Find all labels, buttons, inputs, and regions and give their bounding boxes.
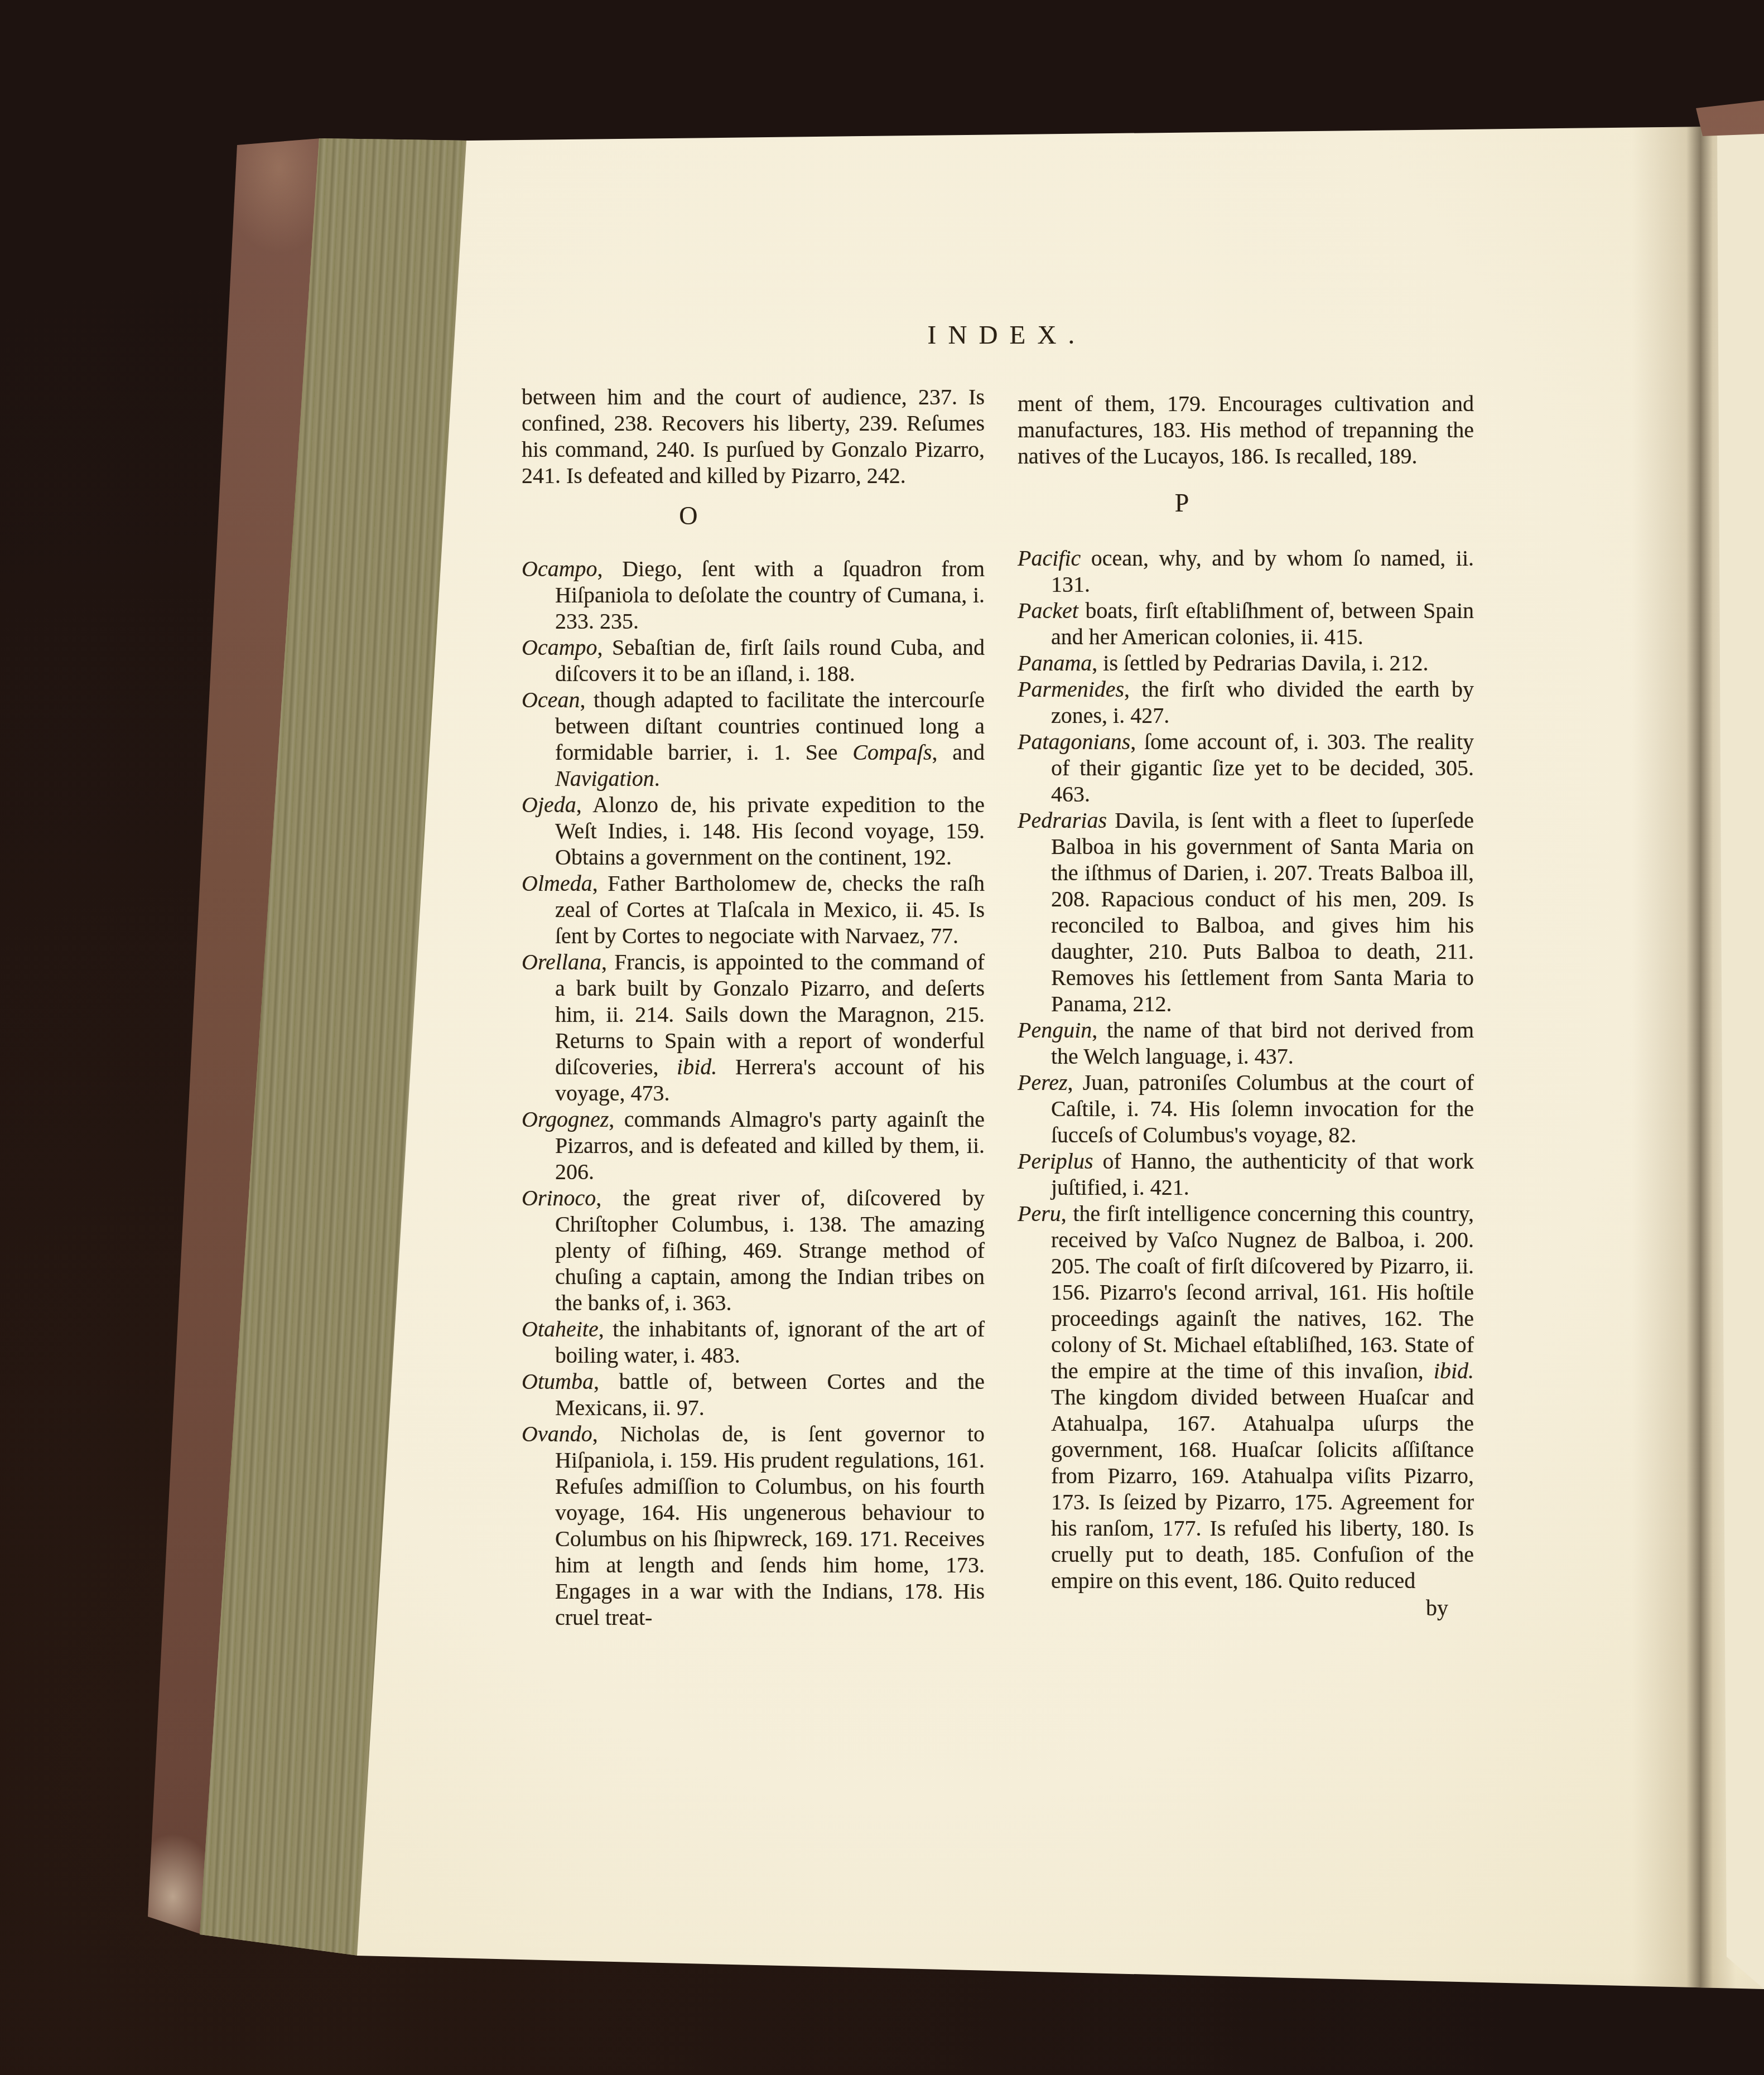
catchword: by	[1018, 1595, 1474, 1621]
index-entry: Peru, the firſt intelligence concerning …	[1018, 1200, 1474, 1594]
index-entry: Periplus of Hanno, the authenticity of t…	[1018, 1148, 1474, 1200]
index-entry: Ocean, though adapted to facilitate the …	[522, 687, 985, 792]
index-entry: Packet boats, firſt eſtabliſhment of, be…	[1018, 597, 1474, 650]
continuation-paragraph: ment of them, 179. Encourages cultivatio…	[1018, 390, 1474, 469]
index-entry: Ocampo, Sebaſtian de, firſt ſails round …	[522, 634, 985, 687]
photo-background: INDEX. between him and the court of audi…	[0, 0, 1764, 2075]
index-entry: Ocampo, Diego, ſent with a ſquadron from…	[522, 556, 985, 634]
right-column: ment of them, 179. Encourages cultivatio…	[1018, 390, 1474, 1621]
left-column: between him and the court of audience, 2…	[522, 384, 985, 1630]
index-entry: Pedrarias Davila, is ſent with a fleet t…	[1018, 807, 1474, 1017]
index-entry: Olmeda, Father Bartholomew de, checks th…	[522, 870, 985, 949]
index-entry: Ojeda, Alonzo de, his private expedition…	[522, 792, 985, 870]
index-entry: Otaheite, the inhabitants of, ignorant o…	[522, 1316, 985, 1368]
continuation-paragraph: between him and the court of audience, 2…	[522, 384, 985, 489]
index-entry: Penguin, the name of that bird not deriv…	[1018, 1017, 1474, 1069]
index-entry: Ovando, Nicholas de, is ſent governor to…	[522, 1421, 985, 1630]
index-entry: Perez, Juan, patroniſes Columbus at the …	[1018, 1069, 1474, 1148]
index-entry: Pacific ocean, why, and by whom ſo named…	[1018, 545, 1474, 597]
index-entry: Orellana, Francis, is appointed to the c…	[522, 949, 985, 1106]
index-entry: Orinoco, the great river of, diſcovered …	[522, 1185, 985, 1316]
index-entry: Orgognez, commands Almagro's party again…	[522, 1106, 985, 1185]
index-entry: Panama, is ſettled by Pedrarias Davila, …	[1018, 650, 1474, 676]
index-entry: Otumba, battle of, between Cortes and th…	[522, 1368, 985, 1421]
page-title: INDEX.	[812, 320, 1202, 350]
section-heading-o: O	[522, 502, 855, 530]
index-entry: Patagonians, ſome account of, i. 303. Th…	[1018, 728, 1474, 807]
index-entry: Parmenides, the firſt who divided the ea…	[1018, 676, 1474, 728]
section-heading-p: P	[1018, 489, 1346, 517]
